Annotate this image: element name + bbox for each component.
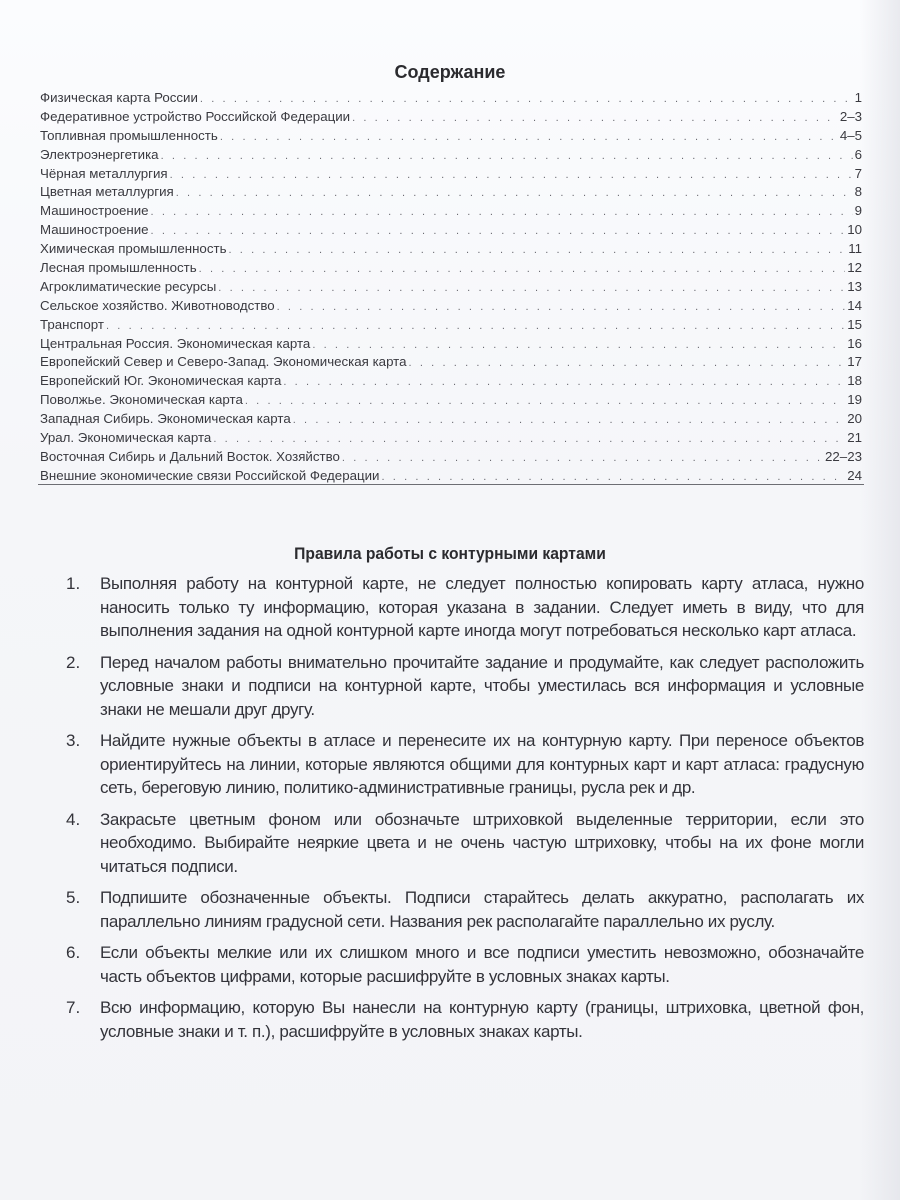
toc-entry[interactable]: Федеративное устройство Российской Федер… <box>40 108 862 127</box>
toc-entry[interactable]: Восточная Сибирь и Дальний Восток. Хозяй… <box>40 448 862 467</box>
toc-entry[interactable]: Физическая карта России1 <box>40 89 862 108</box>
toc-entry-label: Физическая карта России <box>40 89 198 108</box>
toc-dot-leader <box>220 128 838 147</box>
toc-entry-page: 13 <box>847 278 862 297</box>
toc-entry-label: Западная Сибирь. Экономическая карта <box>40 410 291 429</box>
rule-number: 6. <box>66 941 80 965</box>
toc-dot-leader <box>170 166 853 185</box>
toc-entry-label: Химическая промышленность <box>40 240 227 259</box>
toc-entry-page: 21 <box>847 429 862 448</box>
rule-text: Выполняя работу на контурной карте, не с… <box>100 574 864 640</box>
toc-entry[interactable]: Европейский Север и Северо-Запад. Эконом… <box>40 353 862 372</box>
toc-entry-label: Центральная Россия. Экономическая карта <box>40 335 310 354</box>
toc-entry[interactable]: Чёрная металлургия7 <box>40 165 862 184</box>
toc-entry-label: Поволжье. Экономическая карта <box>40 391 243 410</box>
toc-entry-page: 10 <box>847 221 862 240</box>
toc-dot-leader <box>218 279 845 298</box>
toc-entry-page: 22–23 <box>825 448 862 467</box>
toc-entry-page: 7 <box>855 165 862 184</box>
toc-entry-page: 18 <box>847 372 862 391</box>
toc-entry[interactable]: Западная Сибирь. Экономическая карта20 <box>40 410 862 429</box>
document-page: Содержание Физическая карта России1Федер… <box>0 0 900 1200</box>
toc-entry-label: Машиностроение <box>40 221 149 240</box>
toc-title: Содержание <box>0 62 900 83</box>
toc-dot-leader <box>106 317 845 336</box>
rule-number: 2. <box>66 651 80 675</box>
toc-entry[interactable]: Агроклиматические ресурсы13 <box>40 278 862 297</box>
toc-dot-leader <box>277 298 846 317</box>
toc-entry[interactable]: Топливная промышленность4–5 <box>40 127 862 146</box>
toc-dot-leader <box>342 449 823 468</box>
toc-entry-label: Европейский Юг. Экономическая карта <box>40 372 281 391</box>
toc-entry-label: Электроэнергетика <box>40 146 159 165</box>
toc-entry-page: 6 <box>855 146 862 165</box>
toc-entry-page: 1 <box>855 89 862 108</box>
toc-entry[interactable]: Поволжье. Экономическая карта19 <box>40 391 862 410</box>
toc-dot-leader <box>409 354 846 373</box>
toc-dot-leader <box>161 147 853 166</box>
toc-entry-page: 19 <box>847 391 862 410</box>
toc-entry-page: 11 <box>848 240 862 259</box>
rule-number: 3. <box>66 729 80 753</box>
rule-item: 7.Всю информацию, которую Вы нанесли на … <box>66 996 864 1043</box>
rule-number: 7. <box>66 996 80 1020</box>
toc-dot-leader <box>283 373 845 392</box>
toc-entry-page: 9 <box>855 202 862 221</box>
toc-dot-leader <box>312 336 845 355</box>
rule-item: 2.Перед началом работы внимательно прочи… <box>66 651 864 722</box>
table-of-contents: Физическая карта России1Федеративное уст… <box>40 89 862 486</box>
rule-text: Закрасьте цветным фоном или обозначьте ш… <box>100 810 864 876</box>
toc-entry[interactable]: Цветная металлургия8 <box>40 183 862 202</box>
toc-entry-label: Агроклиматические ресурсы <box>40 278 216 297</box>
toc-entry[interactable]: Урал. Экономическая карта21 <box>40 429 862 448</box>
toc-entry[interactable]: Центральная Россия. Экономическая карта1… <box>40 335 862 354</box>
toc-entry-label: Урал. Экономическая карта <box>40 429 211 448</box>
toc-entry-label: Внешние экономические связи Российской Ф… <box>40 467 379 486</box>
toc-entry-page: 12 <box>847 259 862 278</box>
toc-entry[interactable]: Европейский Юг. Экономическая карта18 <box>40 372 862 391</box>
toc-entry-page: 24 <box>847 467 862 486</box>
toc-entry[interactable]: Химическая промышленность11 <box>40 240 862 259</box>
toc-entry[interactable]: Машиностроение10 <box>40 221 862 240</box>
toc-entry-label: Федеративное устройство Российской Федер… <box>40 108 350 127</box>
rule-item: 6.Если объекты мелкие или их слишком мно… <box>66 941 864 988</box>
rule-text: Найдите нужные объекты в атласе и перене… <box>100 731 864 797</box>
rule-number: 4. <box>66 808 80 832</box>
rule-item: 5.Подпишите обозначенные объекты. Подпис… <box>66 886 864 933</box>
toc-dot-leader <box>200 90 853 109</box>
rule-number: 5. <box>66 886 80 910</box>
toc-entry[interactable]: Лесная промышленность12 <box>40 259 862 278</box>
toc-entry[interactable]: Машиностроение9 <box>40 202 862 221</box>
rule-text: Если объекты мелкие или их слишком много… <box>100 943 864 986</box>
toc-dot-leader <box>245 392 845 411</box>
toc-dot-leader <box>352 109 838 128</box>
toc-entry-label: Сельское хозяйство. Животноводство <box>40 297 275 316</box>
toc-entry-page: 2–3 <box>840 108 862 127</box>
toc-entry-page: 4–5 <box>840 127 862 146</box>
rule-text: Перед началом работы внимательно прочита… <box>100 653 864 719</box>
rule-text: Подпишите обозначенные объекты. Подписи … <box>100 888 864 931</box>
toc-entry-label: Восточная Сибирь и Дальний Восток. Хозяй… <box>40 448 340 467</box>
toc-entry-label: Чёрная металлургия <box>40 165 168 184</box>
rule-item: 1.Выполняя работу на контурной карте, не… <box>66 572 864 643</box>
toc-entry[interactable]: Транспорт15 <box>40 316 862 335</box>
toc-entry-page: 20 <box>847 410 862 429</box>
toc-entry-label: Топливная промышленность <box>40 127 218 146</box>
toc-dot-leader <box>176 184 853 203</box>
toc-entry-page: 14 <box>847 297 862 316</box>
toc-dot-leader <box>293 411 845 430</box>
toc-entry-page: 17 <box>847 353 862 372</box>
rules-title: Правила работы с контурными картами <box>36 544 864 564</box>
rule-item: 4.Закрасьте цветным фоном или обозначьте… <box>66 808 864 879</box>
rule-item: 3.Найдите нужные объекты в атласе и пере… <box>66 729 864 800</box>
toc-dot-leader <box>213 430 845 449</box>
toc-entry-label: Машиностроение <box>40 202 149 221</box>
toc-dot-leader <box>151 222 846 241</box>
rules-list: 1.Выполняя работу на контурной карте, не… <box>66 572 864 1051</box>
toc-entry[interactable]: Сельское хозяйство. Животноводство14 <box>40 297 862 316</box>
toc-dot-leader <box>229 241 847 260</box>
toc-entry-label: Европейский Север и Северо-Запад. Эконом… <box>40 353 407 372</box>
toc-entry-page: 15 <box>847 316 862 335</box>
toc-entry-label: Транспорт <box>40 316 104 335</box>
toc-entry[interactable]: Внешние экономические связи Российской Ф… <box>40 467 862 486</box>
rule-number: 1. <box>66 572 80 596</box>
page-edge-shadow <box>860 0 900 1200</box>
toc-dot-leader <box>199 260 846 279</box>
rule-text: Всю информацию, которую Вы нанесли на ко… <box>100 998 864 1041</box>
toc-entry-page: 16 <box>847 335 862 354</box>
toc-entry-page: 8 <box>855 183 862 202</box>
toc-entry[interactable]: Электроэнергетика6 <box>40 146 862 165</box>
toc-dot-leader <box>151 203 853 222</box>
section-divider <box>38 484 864 485</box>
toc-entry-label: Лесная промышленность <box>40 259 197 278</box>
toc-entry-label: Цветная металлургия <box>40 183 174 202</box>
